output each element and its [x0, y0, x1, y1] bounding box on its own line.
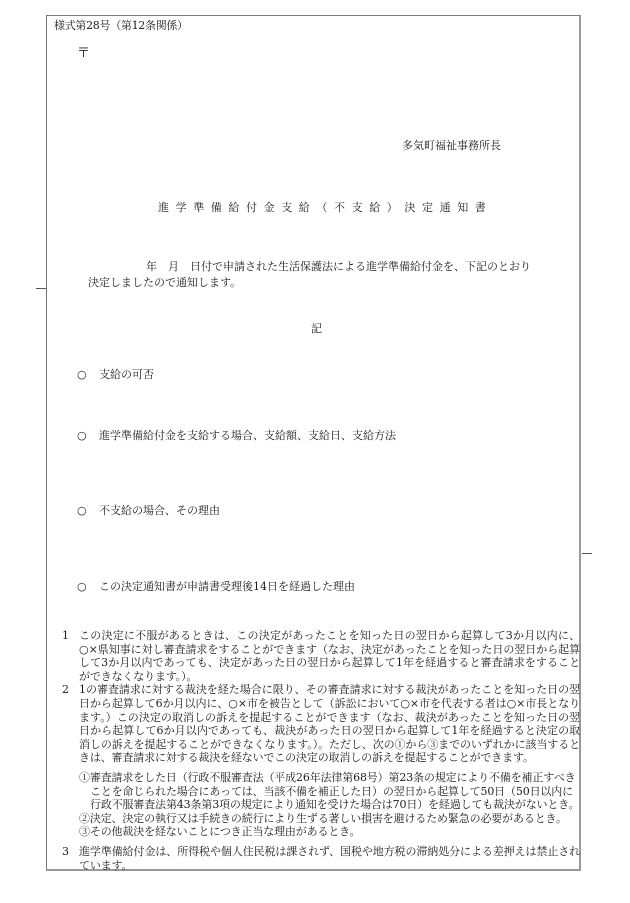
note-text: この決定に不服があるときは、この決定があったことを知った日の翌日から起算して3か… [79, 629, 580, 683]
item-label: この決定通知書が申請書受理後14日を経過した理由 [99, 580, 355, 593]
fold-mark-right [582, 553, 592, 554]
intro-line-1: 年 月 日付で申請された生活保護法による進学準備給付金を、下記のとおり [88, 259, 558, 275]
item-label: 進学準備給付金を支給する場合、支給額、支給日、支給方法 [99, 429, 396, 442]
postal-mark-icon: 〒 [77, 42, 90, 61]
note-text: 進学準備給付金は、所得税や個人住民税は課されず、国税や地方税の滞納処分による差押… [79, 845, 580, 872]
document-title: 進学準備給付金支給（不支給）決定通知書 [158, 199, 492, 215]
form-number: 様式第28号（第12条関係） [54, 17, 188, 33]
note-number: 2 [62, 683, 79, 765]
note-2-sub-list: ①審査請求をした日（行政不服審査法（平成26年法律第68号）第23条の規定により… [79, 771, 580, 839]
circle-bullet-icon: ○ [77, 504, 99, 517]
note-number: 3 [62, 845, 79, 872]
item-label: 不支給の場合、その理由 [99, 504, 220, 517]
sub-item-3: ③その他裁決を経ないことにつき正当な理由があるとき。 [79, 825, 580, 839]
note-number: 1 [62, 629, 79, 683]
ki-heading: 記 [311, 320, 322, 336]
issuer-name: 多気町福祉事務所長 [402, 137, 501, 153]
intro-line-2: 決定しましたので通知します。 [88, 275, 558, 291]
intro-paragraph: 年 月 日付で申請された生活保護法による進学準備給付金を、下記のとおり 決定しま… [88, 259, 558, 291]
item-label: 支給の可否 [99, 368, 154, 381]
sub-item-2: ②決定、決定の執行又は手続きの続行により生ずる著しい損害を避けるため緊急の必要が… [79, 812, 580, 826]
item-delay-reason: ○この決定通知書が申請書受理後14日を経過した理由 [77, 578, 355, 594]
item-payment-details: ○進学準備給付金を支給する場合、支給額、支給日、支給方法 [77, 427, 396, 443]
fold-mark-left [36, 288, 46, 289]
circle-bullet-icon: ○ [77, 429, 99, 442]
circle-bullet-icon: ○ [77, 368, 99, 381]
note-1: 1 この決定に不服があるときは、この決定があったことを知った日の翌日から起算して… [62, 629, 580, 683]
note-text: 1の審査請求に対する裁決を経た場合に限り、その審査請求に対する裁決があったことを… [79, 683, 580, 765]
circle-bullet-icon: ○ [77, 580, 99, 593]
item-nonpayment-reason: ○不支給の場合、その理由 [77, 502, 220, 518]
item-payment-decision: ○支給の可否 [77, 366, 154, 382]
note-2: 2 1の審査請求に対する裁決を経た場合に限り、その審査請求に対する裁決があったこ… [62, 683, 580, 765]
sub-item-1: ①審査請求をした日（行政不服審査法（平成26年法律第68号）第23条の規定により… [79, 771, 580, 812]
notes-section: 1 この決定に不服があるときは、この決定があったことを知った日の翌日から起算して… [62, 629, 580, 872]
note-3: 3 進学準備給付金は、所得税や個人住民税は課されず、国税や地方税の滞納処分による… [62, 845, 580, 872]
